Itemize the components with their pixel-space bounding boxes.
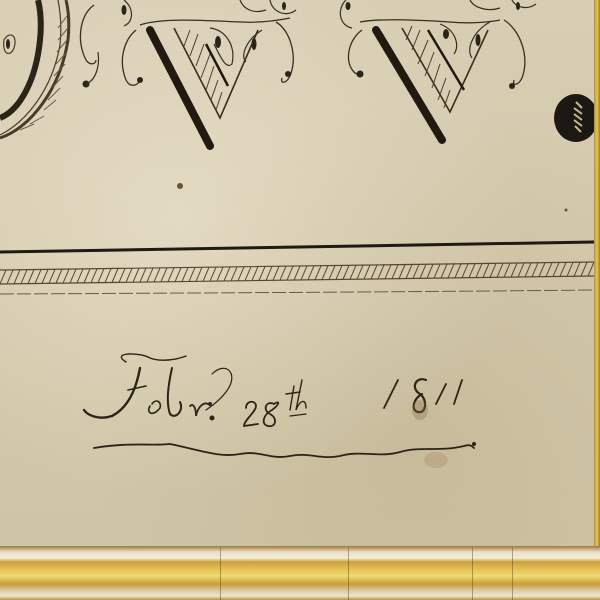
frame-seam bbox=[472, 548, 473, 600]
ink-dot-mark bbox=[554, 94, 598, 142]
frame-seam bbox=[348, 548, 349, 600]
paper-speck bbox=[177, 183, 183, 189]
gilt-frame-right bbox=[594, 0, 600, 548]
ruled-border bbox=[0, 242, 594, 294]
gilt-frame-bottom bbox=[0, 546, 600, 600]
decorative-letter-v-2 bbox=[340, 0, 536, 140]
ink-drawing bbox=[0, 0, 600, 600]
framed-document-photo: Febr. 28th 1811 bbox=[0, 0, 600, 600]
frame-seam bbox=[220, 548, 221, 600]
decorative-letter-v-1 bbox=[80, 0, 296, 146]
paper-stain bbox=[424, 452, 448, 468]
frame-seam bbox=[512, 548, 513, 600]
paper-speck bbox=[565, 209, 568, 212]
partial-letter-o bbox=[0, 0, 69, 138]
